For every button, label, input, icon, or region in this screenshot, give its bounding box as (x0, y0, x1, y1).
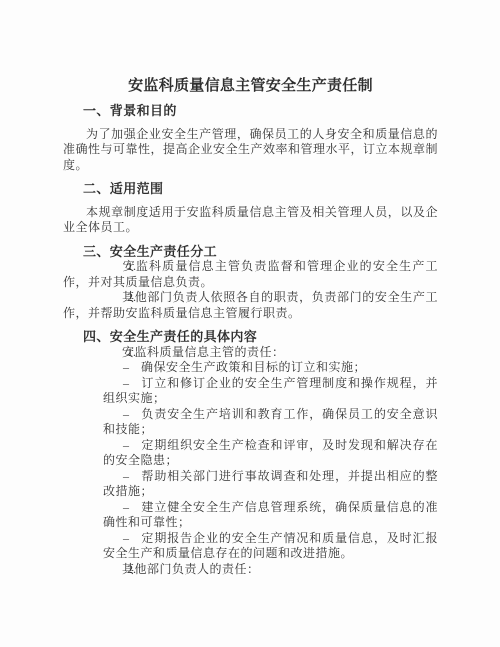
dash-marker: – (113, 438, 141, 454)
dash-marker: – (113, 376, 141, 392)
item-number: 2. (95, 562, 122, 578)
paragraph: 为了加强企业安全生产管理，确保员工的人身安全和质量信息的准确性与可靠性，提高企业… (63, 127, 438, 174)
dash-item: –定期报告企业的安全生产情况和质量信息，及时汇报安全生产和质量信息存在的问题和改… (103, 531, 438, 562)
dash-item: –定期组织安全生产检查和评审，及时发现和解决存在的安全隐患； (103, 438, 438, 469)
dash-marker: – (113, 531, 141, 547)
item-number: 1. (95, 259, 122, 275)
document-body: 一、背景和目的为了加强企业安全生产管理，确保员工的人身安全和质量信息的准确性与可… (63, 103, 438, 577)
section-2: 二、适用范围本规章制度适用于安监科质量信息主管及相关管理人员，以及企业全体员工。 (63, 181, 438, 236)
section-heading: 四、安全生产责任的具体内容 (63, 329, 438, 345)
section-3: 三、安全生产责任分工1.安监科质量信息主管负责监督和管理企业的安全生产工作，并对… (63, 244, 438, 322)
dash-marker: – (113, 360, 141, 376)
section-heading: 二、适用范围 (63, 181, 438, 197)
dash-item: –建立健全安全生产信息管理系统，确保质量信息的准确性和可靠性； (103, 500, 438, 531)
numbered-item: 2.其他部门负责人的责任： (63, 562, 438, 578)
dash-marker: – (113, 407, 141, 423)
item-number: 2. (95, 290, 122, 306)
dash-item: –负责安全生产培训和教育工作，确保员工的安全意识和技能； (103, 407, 438, 438)
section-4: 四、安全生产责任的具体内容1.安监科质量信息主管的责任：–确保安全生产政策和目标… (63, 329, 438, 577)
dash-item: –确保安全生产政策和目标的订立和实施； (103, 360, 438, 376)
dash-marker: – (113, 500, 141, 516)
section-heading: 三、安全生产责任分工 (63, 244, 438, 260)
dash-item: –订立和修订企业的安全生产管理制度和操作规程，并组织实施； (103, 376, 438, 407)
item-number: 1. (95, 345, 122, 361)
numbered-item: 1.安监科质量信息主管负责监督和管理企业的安全生产工作，并对其质量信息负责。 (63, 259, 438, 290)
dash-marker: – (113, 469, 141, 485)
dash-item: –帮助相关部门进行事故调查和处理，并提出相应的整改措施； (103, 469, 438, 500)
numbered-item: 2.其他部门负责人依照各自的职责，负责部门的安全生产工作，并帮助安监科质量信息主… (63, 290, 438, 321)
document-page: 安监科质量信息主管安全生产责任制 一、背景和目的为了加强企业安全生产管理，确保员… (0, 0, 500, 647)
paragraph: 本规章制度适用于安监科质量信息主管及相关管理人员，以及企业全体员工。 (63, 205, 438, 236)
section-heading: 一、背景和目的 (63, 103, 438, 119)
numbered-item: 1.安监科质量信息主管的责任： (63, 345, 438, 361)
section-1: 一、背景和目的为了加强企业安全生产管理，确保员工的人身安全和质量信息的准确性与可… (63, 103, 438, 173)
document-title: 安监科质量信息主管安全生产责任制 (63, 77, 438, 95)
